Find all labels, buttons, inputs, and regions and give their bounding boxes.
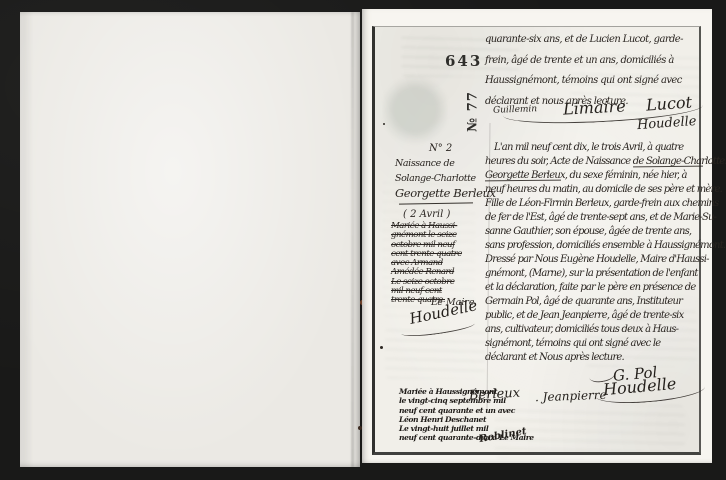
text-line: gnémont, (Marne), sur la présentation de… <box>485 267 709 281</box>
text-line: Léon Henri Deschanet <box>399 415 505 424</box>
text-line: Haussignémont, témoins qui ont signé ave… <box>485 71 707 92</box>
text-line: neuf cent quarante et un avec <box>399 406 505 415</box>
folio-number: 643 <box>445 52 482 70</box>
margin-act-ref: N° 2 <box>429 143 452 154</box>
text-line: Germain Pol, âgé de quarante ans, Instit… <box>485 295 709 309</box>
text-line: quarante-six ans, et de Lucien Lucot, ga… <box>485 30 707 51</box>
text-line: de fer de l'Est, âgé de trente-sept ans,… <box>485 211 709 225</box>
bleed-through-stamp <box>383 73 447 147</box>
ink-speck <box>380 346 383 349</box>
page-crease <box>351 12 354 467</box>
text-line: sans profession, domiciliés ensemble à H… <box>485 239 709 253</box>
act-number-vertical: № 77 <box>466 91 481 133</box>
margin-struck-marriage-note: Mariée à Haussi-gnémont le seizeoctobre … <box>391 222 497 306</box>
signature-witness: Guillemin <box>493 104 537 116</box>
register-page: 643 № 77 quarante-six ans, et de Lucien … <box>362 9 712 463</box>
text-line: signémont, témoins qui ont signé avec le <box>485 337 709 351</box>
margin-act-title: Naissance deSolange-CharlotteGeorgette B… <box>395 157 497 201</box>
margin-date: ( 2 Avril ) <box>403 209 450 220</box>
birth-act-text: L'an mil neuf cent dix, le trois Avril, … <box>485 141 709 365</box>
text-line: ans, cultivateur, domiciliés tous deux à… <box>485 323 709 337</box>
signature-witness: Lucot <box>645 92 692 114</box>
ink-speck <box>383 123 385 125</box>
signature-witness: Limaire <box>563 96 627 118</box>
microfilm-book-scan: 643 № 77 quarante-six ans, et de Lucien … <box>0 0 726 480</box>
text-line: Georgette Berleux <box>395 186 497 201</box>
text-line: frein, âgé de trente et un ans, domicili… <box>485 51 707 72</box>
margin-divider <box>399 202 473 204</box>
text-line: L'an mil neuf cent dix, le trois Avril, … <box>485 141 709 155</box>
text-line: Fille de Léon-Firmin Berleux, garde-frei… <box>485 197 709 211</box>
text-line: et la déclaration, faite par le père en … <box>485 281 709 295</box>
text-line: neuf heures du matin, au domicile de ses… <box>485 183 709 197</box>
text-line: déclarant et Nous après lecture. <box>485 351 709 365</box>
signature-mayor: Houdelle <box>637 114 697 133</box>
bleed-through-smudge <box>385 327 485 379</box>
left-blank-page <box>20 12 360 467</box>
text-line: sanne Gauthier, son épouse, âgée de tren… <box>485 225 709 239</box>
text-line: Solange-Charlotte <box>395 172 497 187</box>
register-photo-frame: 643 № 77 quarante-six ans, et de Lucien … <box>372 26 701 455</box>
text-line: le vingt-cinq septembre mil <box>399 396 505 405</box>
text-line: Dressé par Nous Eugène Houdelle, Maire d… <box>485 253 709 267</box>
text-line: Mariée à Haussignémont <box>399 387 505 396</box>
text-line: Naissance de <box>395 157 497 172</box>
text-line: public, et de Jean Jeanpierre, âgé de tr… <box>485 309 709 323</box>
